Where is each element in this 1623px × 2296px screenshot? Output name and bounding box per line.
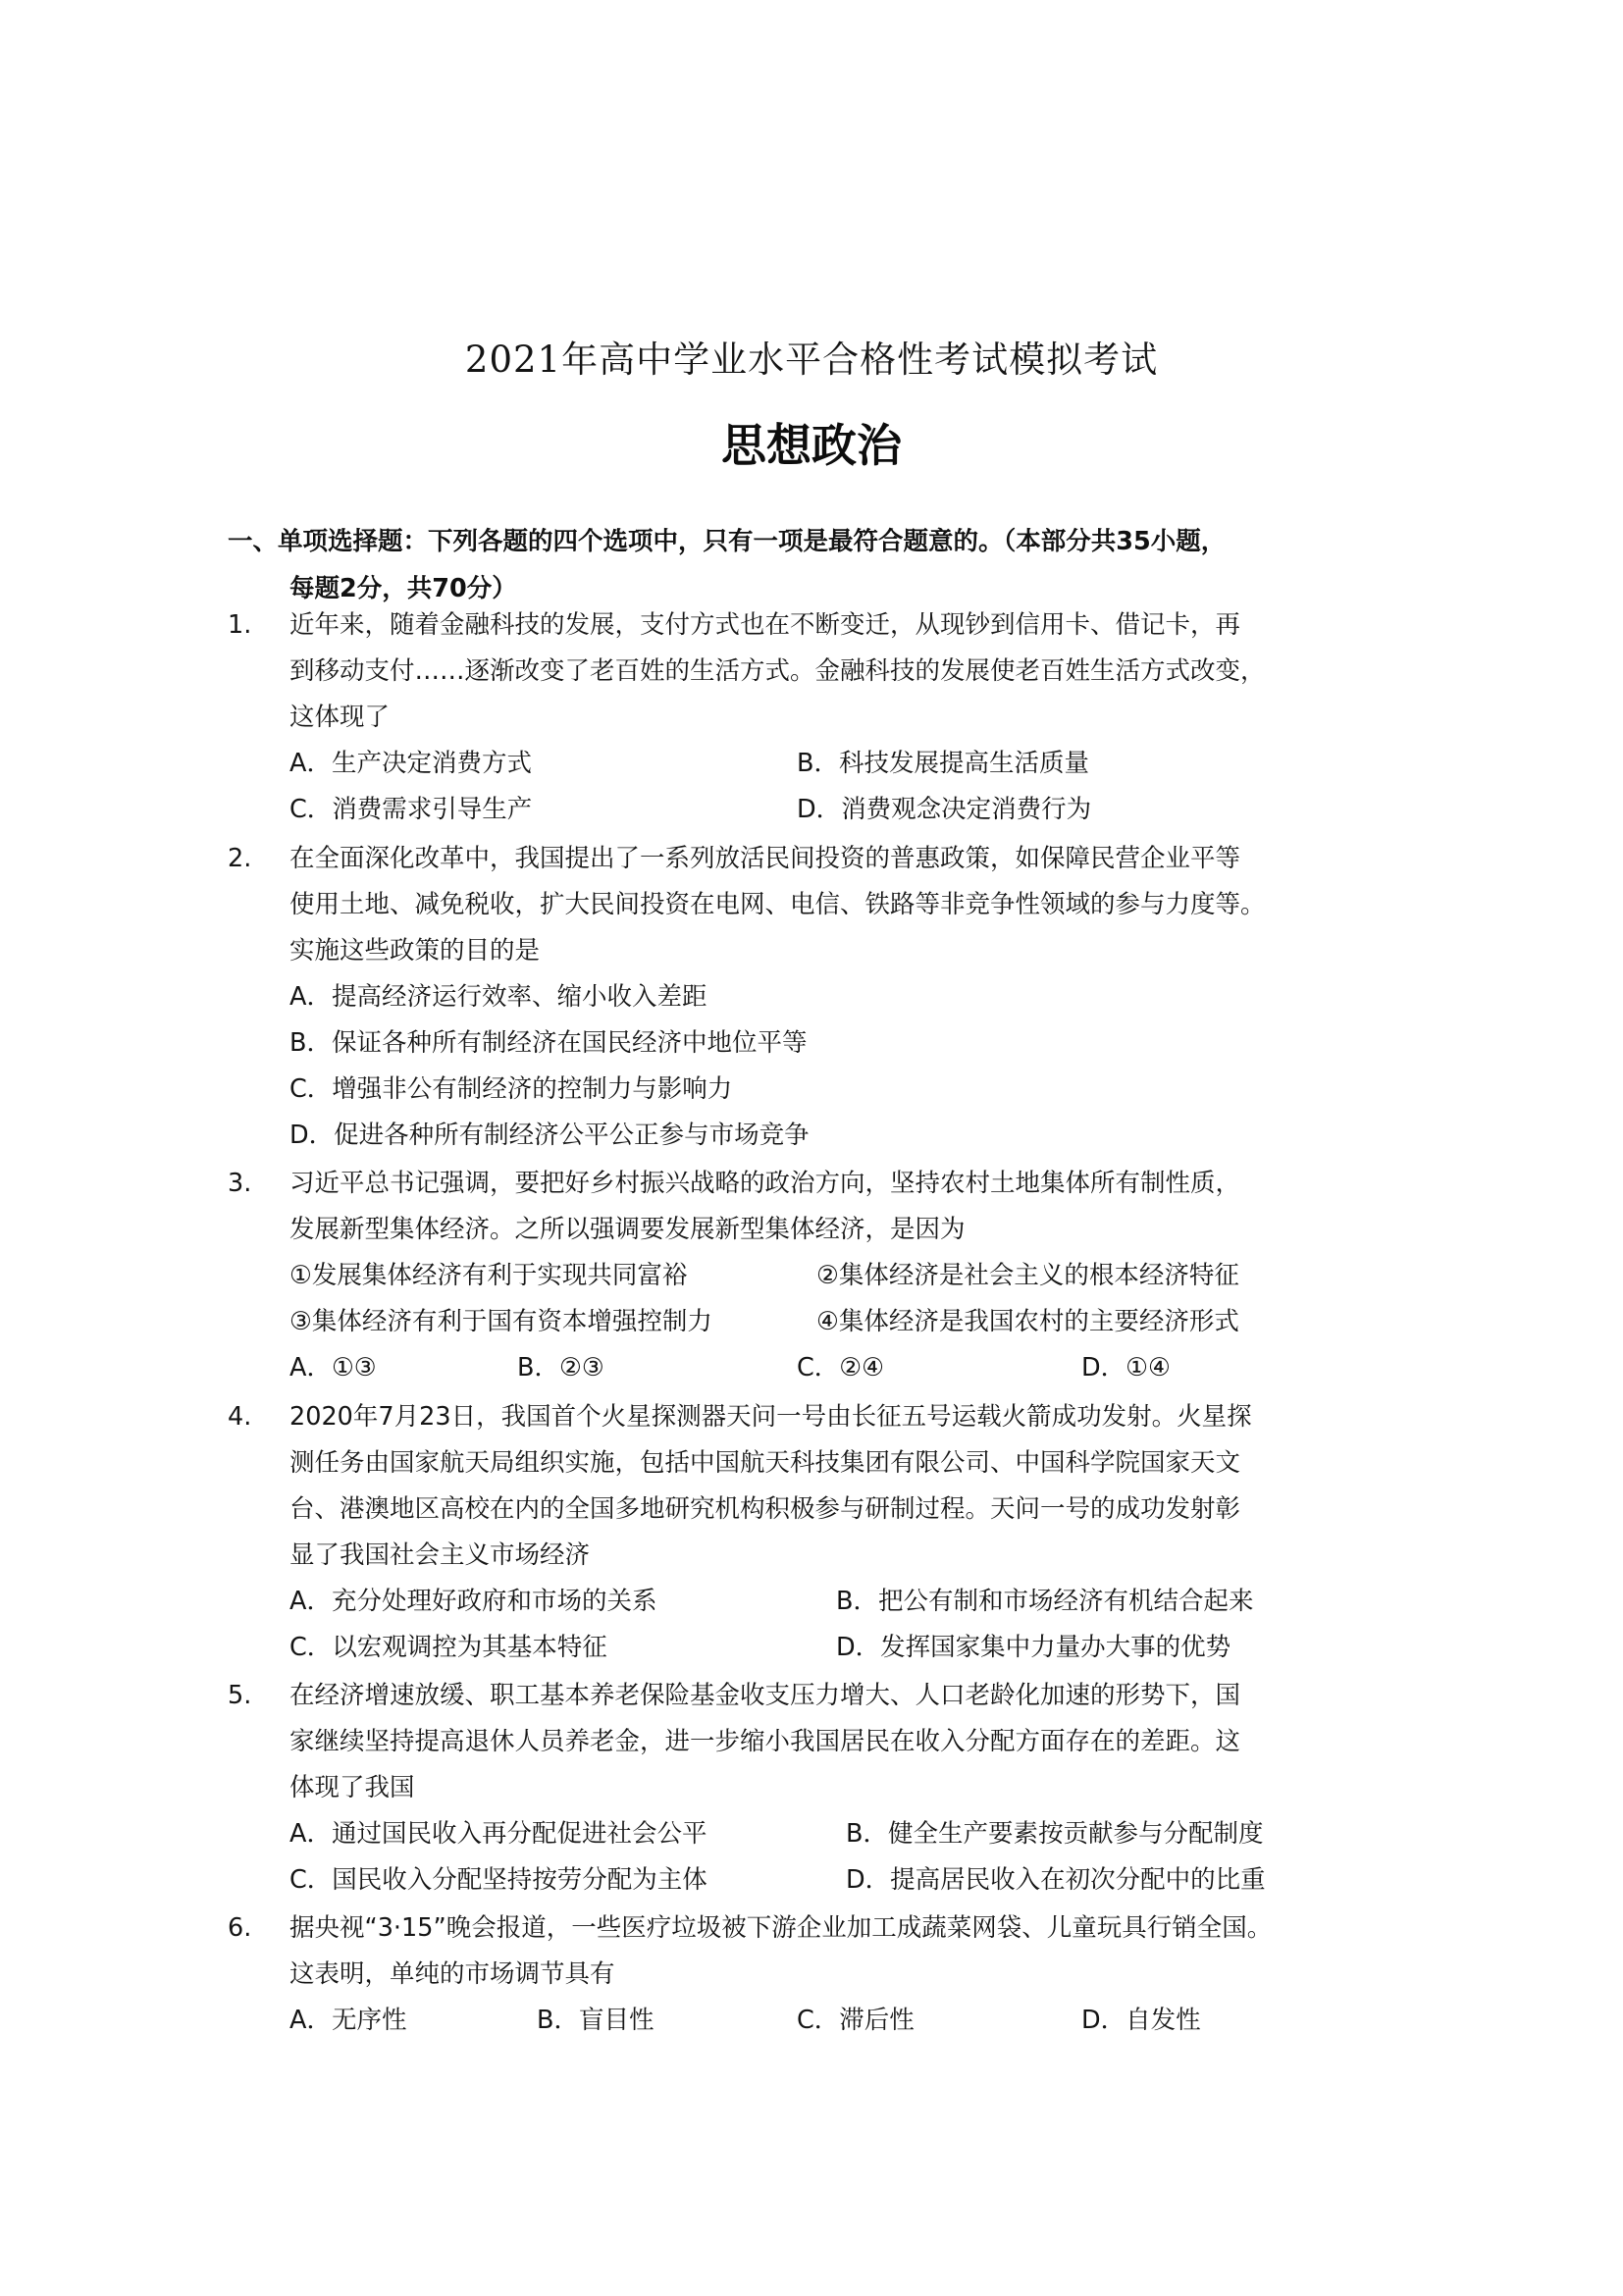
question-number: 4. <box>228 1402 287 1432</box>
question-stem-line: 使用土地、减免税收，扩大民间投资在电网、电信、铁路等非竞争性领域的参与力度等。 <box>289 890 1266 919</box>
section-line-2: 每题2分，共70分） <box>228 565 1405 612</box>
option-a: A．通过国民收入再分配促进社会公平 <box>289 1819 707 1849</box>
question-number: 5. <box>228 1681 287 1710</box>
subject-title: 思想政治 <box>0 410 1623 475</box>
section-line-1: 一、单项选择题：下列各题的四个选项中，只有一项是最符合题意的。（本部分共35小题… <box>228 527 1226 556</box>
question-stem-line: 习近平总书记强调，要把好乡村振兴战略的政治方向，坚持农村土地集体所有制性质， <box>289 1169 1240 1198</box>
option-b: B．把公有制和市场经济有机结合起来 <box>836 1587 1254 1616</box>
question-stem-line: 在经济增速放缓、职工基本养老保险基金收支压力增大、人口老龄化加速的形势下，国 <box>289 1681 1240 1710</box>
question-number: 3. <box>228 1169 287 1198</box>
question-number: 1. <box>228 610 287 640</box>
question-number: 2. <box>228 844 287 873</box>
question-stem-line: 近年来，随着金融科技的发展，支付方式也在不断变迁，从现钞到信用卡、借记卡，再 <box>289 610 1240 640</box>
option-a: A．①③ <box>289 1353 377 1383</box>
option-b: B．盲目性 <box>537 2006 654 2035</box>
question-stem-line: 台、港澳地区高校在内的全国多地研究机构积极参与研制过程。天问一号的成功发射彰 <box>289 1494 1240 1524</box>
option-d: D．自发性 <box>1081 2006 1201 2035</box>
option-a: A．充分处理好政府和市场的关系 <box>289 1587 656 1616</box>
question-stem-line: 在全面深化改革中，我国提出了一系列放活民间投资的普惠政策，如保障民营企业平等 <box>289 844 1240 873</box>
question-stem-line: 据央视“3·15”晚会报道，一些医疗垃圾被下游企业加工成蔬菜网袋、儿童玩具行销全… <box>289 1913 1272 1943</box>
question-stem-line: 实施这些政策的目的是 <box>289 936 540 965</box>
option-c: C．消费需求引导生产 <box>289 795 532 824</box>
option-d: D．消费观念决定消费行为 <box>797 795 1091 824</box>
question-stem-line: 到移动支付……逐渐改变了老百姓的生活方式。金融科技的发展使老百姓生活方式改变， <box>289 656 1266 686</box>
option-d: D．提高居民收入在初次分配中的比重 <box>846 1865 1266 1895</box>
option-b: B．健全生产要素按贡献参与分配制度 <box>846 1819 1264 1849</box>
statement-3: ③集体经济有利于国有资本增强控制力 <box>289 1307 712 1336</box>
question-stem-line: 测任务由国家航天局组织实施，包括中国航天科技集团有限公司、中国科学院国家天文 <box>289 1448 1240 1478</box>
option-d: D．发挥国家集中力量办大事的优势 <box>836 1633 1230 1662</box>
statement-1: ①发展集体经济有利于实现共同富裕 <box>289 1261 687 1290</box>
question-number: 6. <box>228 1913 287 1943</box>
option-c: C．国民收入分配坚持按劳分配为主体 <box>289 1865 707 1895</box>
option-c: C．以宏观调控为其基本特征 <box>289 1633 607 1662</box>
statement-2: ②集体经济是社会主义的根本经济特征 <box>816 1261 1239 1290</box>
option-d: D．①④ <box>1081 1353 1171 1383</box>
option-a: A．提高经济运行效率、缩小收入差距 <box>289 982 707 1012</box>
option-c: C．增强非公有制经济的控制力与影响力 <box>289 1074 732 1104</box>
question-stem-line: 家继续坚持提高退休人员养老金，进一步缩小我国居民在收入分配方面存在的差距。这 <box>289 1727 1240 1756</box>
option-a: A．生产决定消费方式 <box>289 749 532 778</box>
question-stem-line: 2020年7月23日，我国首个火星探测器天问一号由长征五号运载火箭成功发射。火星… <box>289 1402 1252 1432</box>
option-c: C．②④ <box>797 1353 884 1383</box>
section-instructions: 一、单项选择题：下列各题的四个选项中，只有一项是最符合题意的。（本部分共35小题… <box>228 518 1405 612</box>
exam-title: 2021年高中学业水平合格性考试模拟考试 <box>0 330 1623 383</box>
statement-4: ④集体经济是我国农村的主要经济形式 <box>816 1307 1239 1336</box>
option-b: B．保证各种所有制经济在国民经济中地位平等 <box>289 1028 808 1058</box>
question-stem-line: 发展新型集体经济。之所以强调要发展新型集体经济，是因为 <box>289 1215 966 1244</box>
option-c: C．滞后性 <box>797 2006 915 2035</box>
option-d: D．促进各种所有制经济公平公正参与市场竞争 <box>289 1121 810 1150</box>
option-b: B．科技发展提高生活质量 <box>797 749 1089 778</box>
question-stem-line: 显了我国社会主义市场经济 <box>289 1540 590 1570</box>
question-stem-line: 这体现了 <box>289 703 390 732</box>
question-stem-line: 体现了我国 <box>289 1773 415 1802</box>
option-a: A．无序性 <box>289 2006 406 2035</box>
option-b: B．②③ <box>517 1353 604 1383</box>
question-stem-line: 这表明，单纯的市场调节具有 <box>289 1959 615 1989</box>
